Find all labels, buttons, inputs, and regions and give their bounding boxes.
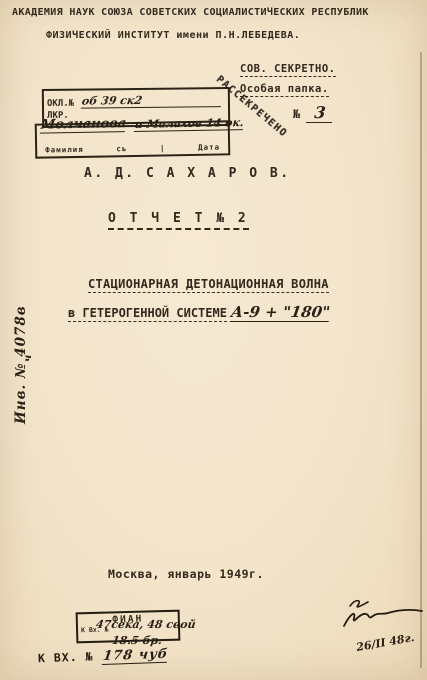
inventory-flourish: ч [23,355,34,362]
scan-edge-line [420,52,422,668]
subject-line2-typed: в ГЕТЕРОГЕННОЙ СИСТЕМЕ [68,306,227,322]
registration-row1-handwritten-value: об 39 ск2 [81,93,223,108]
registration-row-1: ОКЛ.№ об 39 ск2 [44,89,228,109]
handwritten-note: и Малахов 14 ок. [134,116,245,132]
author-name: А. Д. С А Х А Р О В. [84,166,291,181]
subject-title-line1: СТАЦИОНАРНАЯ ДЕТОНАЦИОННАЯ ВОЛНА [88,277,329,293]
fian-handwritten-date: 18.5 бр. [111,634,163,647]
special-folder-label: Особая папка. [240,83,329,97]
imprint-line: Москва, январь 1949г. [108,567,264,581]
inventory-number-text: Инв. № 4078в [13,305,29,424]
signature-scribble [342,596,427,638]
registration-row1-label: ОКЛ.№ [44,97,76,109]
document-page: АКАДЕМИЯ НАУК СОЮЗА СОВЕТСКИХ СОЦИАЛИСТИ… [0,0,427,680]
registration-stamp-box-bottom: Молчанова и Малахов 14 ок. Фамилия сь | … [35,120,231,158]
inventory-number-note: Инв. № 4078в ч [10,305,29,424]
field-date-label: Дата [198,142,220,151]
handwritten-surname: Молчанова [40,116,127,134]
fian-handwritten-value: 47сека, 48 свой [95,618,196,631]
subject-title-line2: в ГЕТЕРОГЕННОЙ СИСТЕМЕА-9 + "180" [68,302,330,322]
academy-header-line: АКАДЕМИЯ НАУК СОЮЗА СОВЕТСКИХ СОЦИАЛИСТИ… [12,7,369,18]
institute-header-line: ФИЗИЧЕСКИЙ ИНСТИТУТ имени П.Н.ЛЕБЕДЕВА. [46,30,300,41]
registration-fields-row: Фамилия сь | Дата [37,142,228,154]
copy-number-line: № 3 [293,103,333,123]
incoming-number-label: К ВХ. № [38,649,94,665]
field-separator: | [160,143,166,152]
report-title: О Т Ч Е Т № 2 [108,211,249,230]
copy-number-label: № [293,107,300,121]
field-surname-label: Фамилия [45,145,84,155]
incoming-number-value: 178 чуб [102,647,169,665]
incoming-number-line: К ВХ. № 178 чуб [38,647,169,668]
secrecy-label: СОВ. СЕКРЕТНО. [240,63,336,77]
subject-line2-handwritten: А-9 + "180" [230,303,332,322]
corner-note [342,596,427,638]
copy-number-value: 3 [306,103,334,123]
field-signature-label: сь [116,144,127,153]
